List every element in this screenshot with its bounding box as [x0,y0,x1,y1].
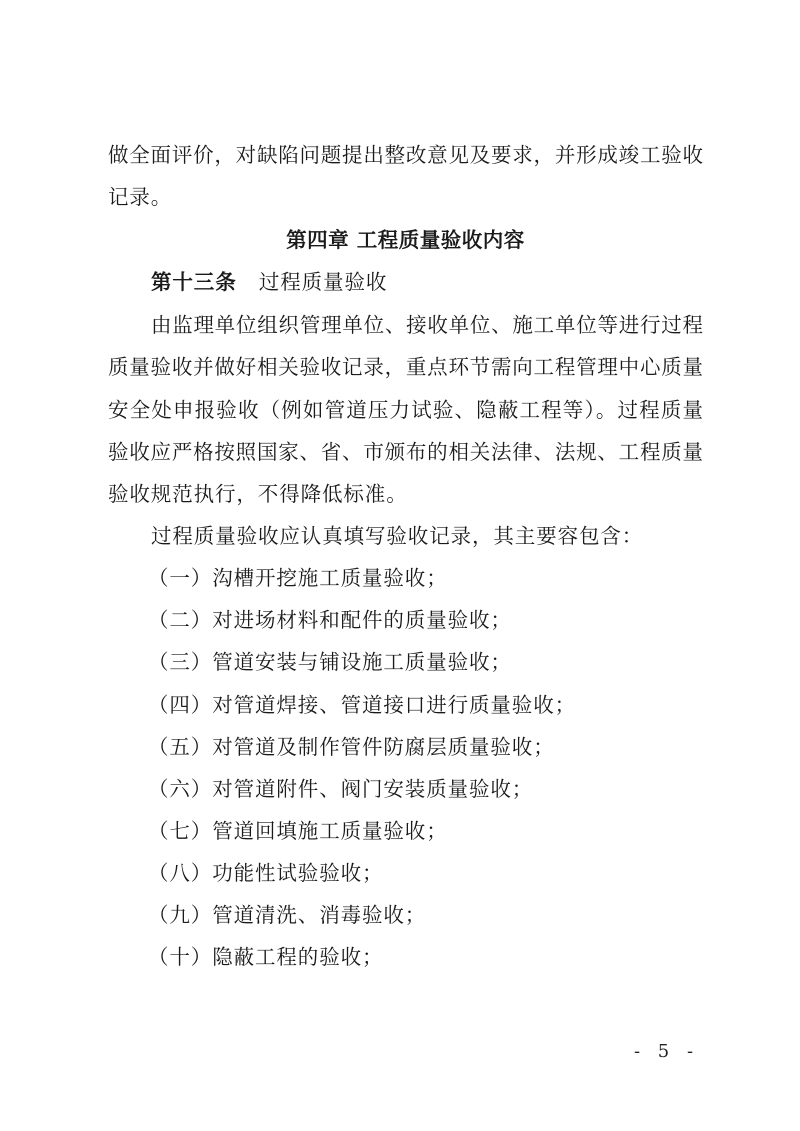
list-item: （四）对管道焊接、管道接口进行质量验收； [148,693,576,717]
paragraph1-line-2: 质量验收并做好相关验收记录，重点环节需向工程管理中心质量 [108,355,703,379]
list-item: （三）管道安装与铺设施工质量验收； [148,650,512,674]
article-number: 第十三条 [151,270,237,294]
page-number: - 5 - [634,1041,699,1063]
list-item: （七）管道回填施工质量验收； [148,819,448,843]
chapter-heading: 第四章 工程质量验收内容 [108,228,703,252]
article-spacer [244,270,251,294]
article-title: 过程质量验收 [259,270,387,294]
paragraph1-line-1: 由监理单位组织管理单位、接收单位、施工单位等进行过程 [151,313,703,337]
paragraph2: 过程质量验收应认真填写验收记录，其主要容包含： [151,524,643,548]
list-item: （八）功能性试验验收； [148,861,383,885]
continuation-line-2: 记录。 [108,185,172,209]
list-item: （六）对管道附件、阀门安装质量验收； [148,777,533,801]
paragraph1-line-4: 验收应严格按照国家、省、市颁布的相关法律、法规、工程质量 [108,440,703,464]
list-item: （十）隐蔽工程的验收； [148,945,383,969]
paragraph1-line-3: 安全处申报验收（例如管道压力试验、隐蔽工程等）。过程质量 [108,398,703,422]
list-item: （九）管道清洗、消毒验收； [148,903,426,927]
list-item: （一）沟槽开挖施工质量验收； [148,566,448,590]
article-heading: 第十三条 过程质量验收 [151,270,387,294]
paragraph1-line-5: 验收规范执行，不得降低标准。 [108,482,408,506]
list-item: （二）对进场材料和配件的质量验收； [148,608,512,632]
list-item: （五）对管道及制作管件防腐层质量验收； [148,735,555,759]
continuation-line-1: 做全面评价，对缺陷问题提出整改意见及要求，并形成竣工验收 [108,143,703,167]
